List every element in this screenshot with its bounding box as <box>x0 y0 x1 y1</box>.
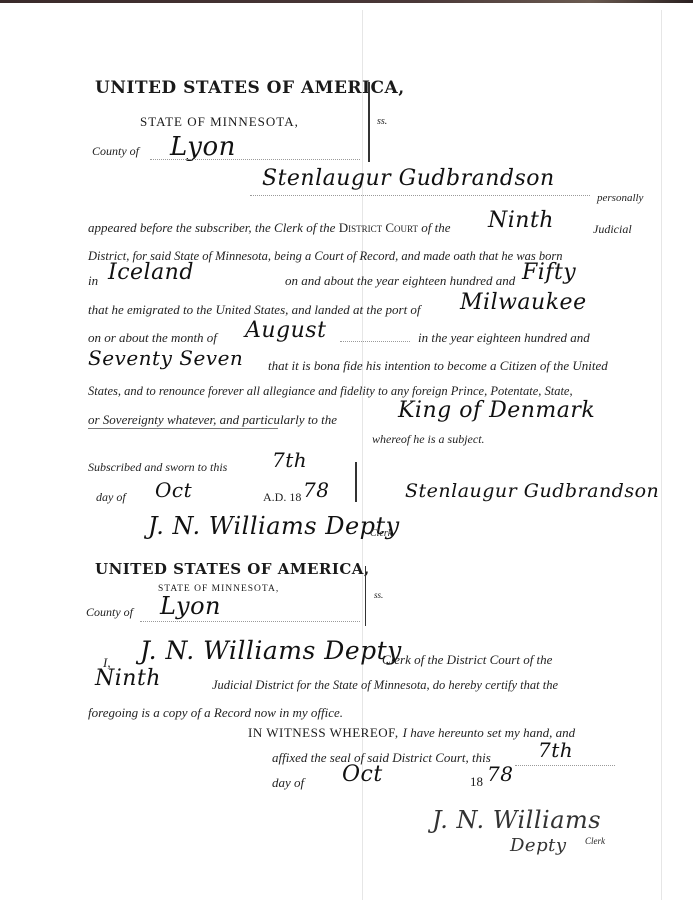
sovereignty-text: or Sovereignty whatever, and particularl… <box>88 412 337 428</box>
district-number: Ninth <box>488 208 554 233</box>
heading-state: STATE OF MINNESOTA, <box>140 114 299 130</box>
sworn-day-value: 7th <box>272 448 307 472</box>
witness-heading: IN WITNESS WHEREOF, <box>248 725 399 740</box>
birth-year-value: Fifty <box>522 260 576 285</box>
heading-country: UNITED STATES OF AMERICA, <box>95 560 370 578</box>
arrival-year-value: Seventy Seven <box>88 346 243 370</box>
ss-marker: ss. <box>377 116 387 127</box>
birth-country: Iceland <box>108 260 194 285</box>
subject-text: whereof he is a subject. <box>372 432 485 447</box>
declarant-name: Stenlaugur Gudbrandson <box>262 166 555 191</box>
district-court-label: District Court <box>339 220 418 235</box>
sovereign-value: King of Denmark <box>398 398 595 423</box>
heading-country: UNITED STATES OF AMERICA, <box>95 78 405 98</box>
port-value: Milwaukee <box>460 290 587 315</box>
of-the-text: of the <box>421 220 450 235</box>
county-label: County of <box>86 605 133 620</box>
foregoing-text: foregoing is a copy of a Record now in m… <box>88 705 343 721</box>
month-value: August <box>245 318 326 343</box>
county-blank <box>150 158 360 160</box>
county-label: County of <box>92 144 139 159</box>
clerk-label: Clerk. <box>370 528 395 539</box>
day-of-label: day of <box>96 490 126 505</box>
name-blank <box>250 194 590 196</box>
county-blank <box>140 620 360 622</box>
signature-name: J. N. Williams <box>432 806 601 834</box>
ss-marker: ss. <box>374 590 383 600</box>
emigrated-text: that he emigrated to the United States, … <box>88 302 421 318</box>
page-top-edge <box>0 0 693 3</box>
witness-year-suffix: 78 <box>487 762 513 786</box>
year-text: in the year eighteen hundred and <box>418 330 590 346</box>
divider-line <box>88 428 278 429</box>
bracket-line <box>368 82 370 162</box>
clerk-name: J. N. Williams Depty <box>140 636 402 665</box>
witness-line: IN WITNESS WHEREOF, I have hereunto set … <box>248 724 575 742</box>
ad-label: A.D. 18 <box>263 490 301 505</box>
judicial-label: Judicial <box>593 222 632 237</box>
bracket-line <box>365 566 366 626</box>
witness-month-value: Oct <box>342 762 383 787</box>
in-label: in <box>88 273 98 289</box>
bracket-line <box>355 462 357 502</box>
clerk-signature: J. N. Williams Depty <box>148 512 400 540</box>
witness-day-value: 7th <box>538 738 573 762</box>
appeared-text: appeared before the subscriber, the Cler… <box>88 220 335 235</box>
sworn-month-value: Oct <box>155 478 192 502</box>
district-number: Ninth <box>95 666 161 691</box>
sworn-year-suffix: 78 <box>303 478 329 502</box>
witness-year-prefix: 18 <box>470 774 483 790</box>
certify-text: Judicial District for the State of Minne… <box>212 678 558 693</box>
subscribed-text: Subscribed and sworn to this <box>88 460 227 475</box>
renounce-text: States, and to renounce forever all alle… <box>88 384 573 399</box>
month-blank <box>340 340 410 342</box>
clerk-label: Clerk <box>585 836 605 846</box>
month-text: on or about the month of <box>88 330 217 346</box>
fold-line <box>661 10 662 900</box>
intention-text: that it is bona fide his intention to be… <box>268 358 608 374</box>
personally-label: personally <box>597 192 643 204</box>
clerk-of-text: Clerk of the District Court of the <box>382 652 552 668</box>
declarant-signature: Stenlaugur Gudbrandson <box>405 480 659 502</box>
day-blank <box>515 764 615 766</box>
body-text-line: appeared before the subscriber, the Cler… <box>88 220 450 236</box>
day-of-label: day of <box>272 775 304 791</box>
birth-year-text: on and about the year eighteen hundred a… <box>285 273 515 289</box>
signature-title: Depty <box>510 835 567 856</box>
county-value: Lyon <box>160 592 221 620</box>
